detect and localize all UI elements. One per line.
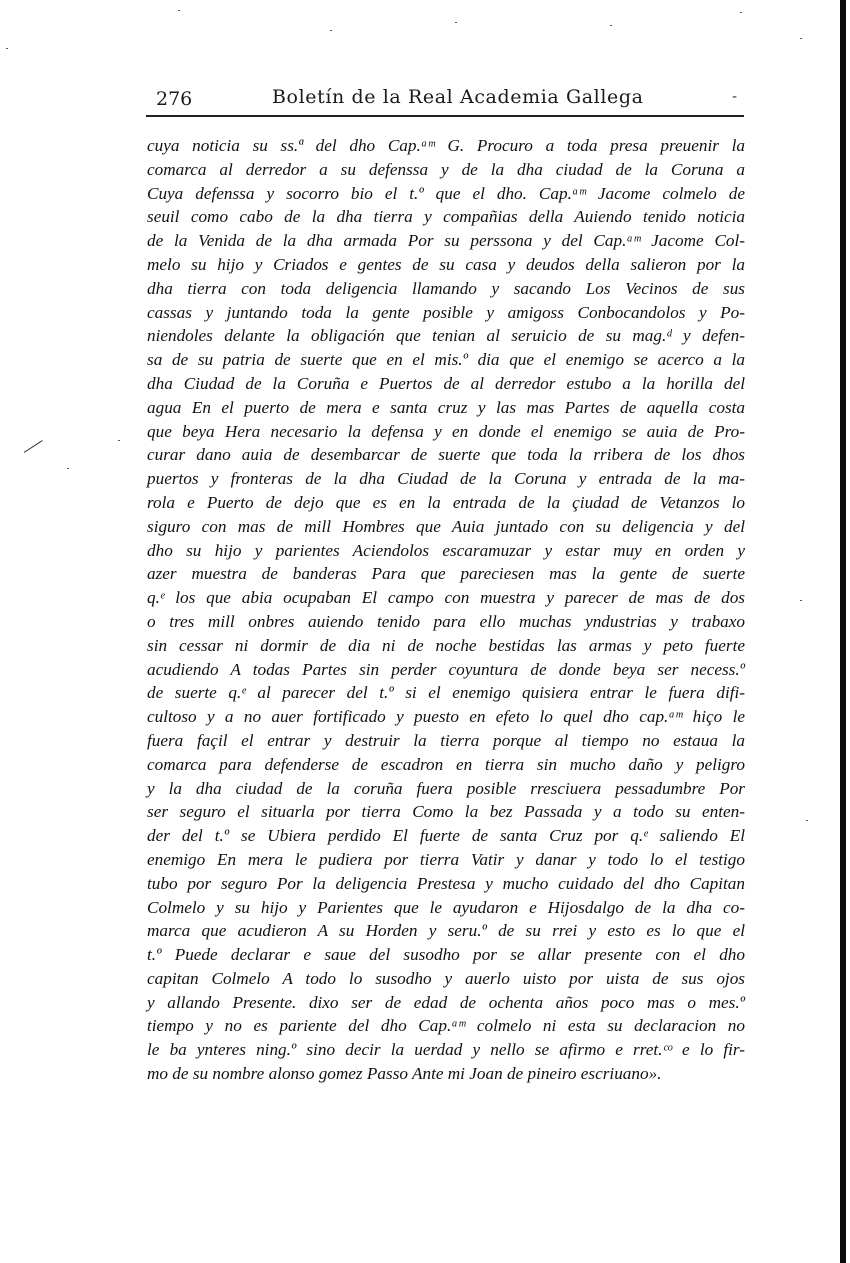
- scan-edge-shadow: [840, 0, 846, 1263]
- text-line: acudiendo A todas Partes sin perder coyu…: [147, 658, 745, 682]
- text-line: mo de su nombre alonso gomez Passo Ante …: [147, 1062, 745, 1086]
- text-line: marca que acudieron A su Horden y seru.º…: [147, 919, 745, 943]
- text-line: o tres mill onbres auiendo tenido para e…: [147, 610, 745, 634]
- text-line: cassas y juntando toda la gente posible …: [147, 301, 745, 325]
- text-line: capitan Colmelo A todo lo susodho y auer…: [147, 967, 745, 991]
- text-line: sin cessar ni dormir de dia ni de noche …: [147, 634, 745, 658]
- scan-speck: [67, 468, 69, 469]
- body-text: cuya noticia su ss.ª del dho Cap.ᵃᵐ G. P…: [147, 134, 745, 1086]
- page-number: 276: [156, 88, 192, 110]
- text-line: fuera façil el entrar y destruir la tier…: [147, 729, 745, 753]
- text-line: der del t.º se Ubiera perdido El fuerte …: [147, 824, 745, 848]
- scan-speck: [610, 25, 612, 26]
- text-line: le ba ynteres ning.º sino decir la uerda…: [147, 1038, 745, 1062]
- text-line: dha tierra con toda deligencia llamando …: [147, 277, 745, 301]
- scan-speck: [6, 48, 8, 49]
- running-title: Boletín de la Real Academia Gallega: [272, 86, 644, 108]
- text-line: t.º Puede declarar e saue del susodho po…: [147, 943, 745, 967]
- text-line: de la Venida de la dha armada Por su per…: [147, 229, 745, 253]
- text-line: que beya Hera necesario la defensa y en …: [147, 420, 745, 444]
- scan-speck: [800, 600, 802, 601]
- margin-pen-mark: [24, 440, 43, 453]
- text-line: comarca para defenderse de escadron en t…: [147, 753, 745, 777]
- text-line: enemigo En mera le pudiera por tierra Va…: [147, 848, 745, 872]
- document-page: 276 Boletín de la Real Academia Gallega …: [0, 0, 850, 1263]
- text-line: sa de su patria de suerte que en el mis.…: [147, 348, 745, 372]
- page-header: 276 Boletín de la Real Academia Gallega …: [146, 86, 746, 116]
- text-line: siguro con mas de mill Hombres que Auia …: [147, 515, 745, 539]
- text-line: Colmelo y su hijo y Parientes que le ayu…: [147, 896, 745, 920]
- text-line: tiempo y no es pariente del dho Cap.ᵃᵐ c…: [147, 1014, 745, 1038]
- text-line: ser seguro el situarla por tierra Como l…: [147, 800, 745, 824]
- scan-speck: [178, 10, 180, 11]
- text-line: dha Ciudad de la Coruña e Puertos de al …: [147, 372, 745, 396]
- text-line: y la dha ciudad de la coruña fuera posib…: [147, 777, 745, 801]
- text-line: dho su hijo y parientes Aciendolos escar…: [147, 539, 745, 563]
- text-line: y allando Presente. dixo ser de edad de …: [147, 991, 745, 1015]
- text-line: agua En el puerto de mera e santa cruz y…: [147, 396, 745, 420]
- header-dash: -: [732, 89, 737, 105]
- text-line: seuil como cabo de la dha tierra y compa…: [147, 205, 745, 229]
- text-line: tubo por seguro Por la deligencia Preste…: [147, 872, 745, 896]
- scan-speck: [800, 38, 802, 39]
- text-line: cuya noticia su ss.ª del dho Cap.ᵃᵐ G. P…: [147, 134, 745, 158]
- header-rule: [146, 115, 744, 117]
- text-line: curar dano auia de desembarcar de suerte…: [147, 443, 745, 467]
- scan-speck: [118, 440, 120, 441]
- text-line: cultoso y a no auer fortificado y puesto…: [147, 705, 745, 729]
- text-line: azer muestra de banderas Para que pareci…: [147, 562, 745, 586]
- text-line: q.ᵉ los que abia ocupaban El campo con m…: [147, 586, 745, 610]
- text-line: comarca al derredor a su defenssa y de l…: [147, 158, 745, 182]
- text-line: puertos y fronteras de la dha Ciudad de …: [147, 467, 745, 491]
- scan-speck: [330, 30, 332, 31]
- scan-speck: [740, 12, 742, 13]
- scan-speck: [455, 22, 457, 23]
- text-line: Cuya defenssa y socorro bio el t.º que e…: [147, 182, 745, 206]
- text-line: rola e Puerto de dejo que es en la entra…: [147, 491, 745, 515]
- scan-speck: [806, 820, 808, 821]
- text-line: de suerte q.ᵉ al parecer del t.º si el e…: [147, 681, 745, 705]
- text-line: melo su hijo y Criados e gentes de su ca…: [147, 253, 745, 277]
- text-line: niendoles delante la obligación que teni…: [147, 324, 745, 348]
